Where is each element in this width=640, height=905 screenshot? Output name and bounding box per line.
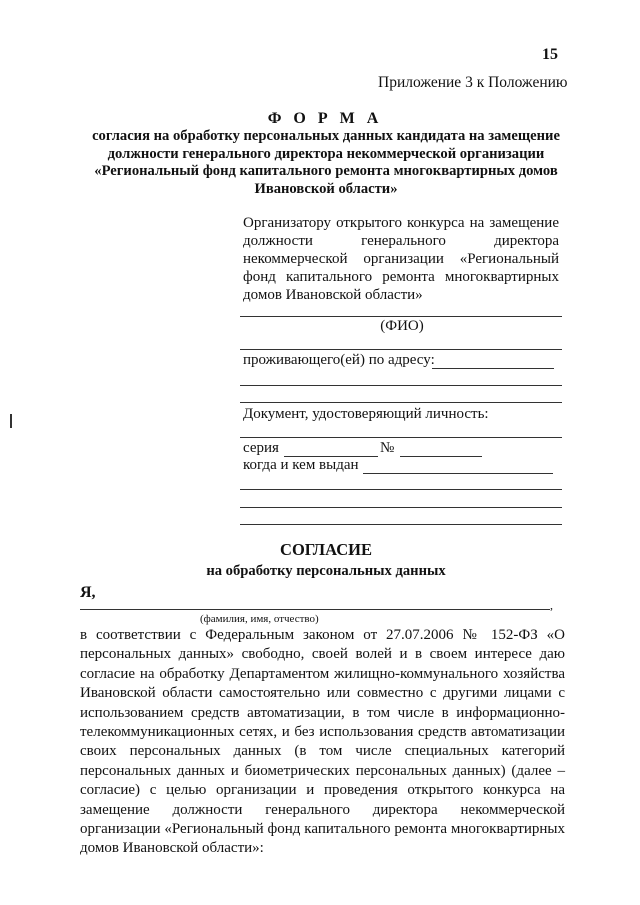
document-input-line[interactable] (240, 437, 562, 438)
address-line-2[interactable] (240, 385, 562, 386)
number-label: № (380, 440, 394, 457)
resident-address-label: проживающего(ей) по адресу: (243, 352, 435, 369)
appendix-label: Приложение 3 к Положению (378, 74, 568, 92)
body-line: персональных данных и биометрических пер… (80, 762, 565, 781)
document-label: Документ, удостоверяющий личность: (243, 406, 489, 423)
form-subtitle: согласия на обработку персональных данны… (80, 128, 572, 198)
form-title: Ф О Р М А (0, 110, 640, 128)
body-line: использованием средств автоматизации, в … (80, 704, 565, 723)
issued-line-3[interactable] (240, 507, 562, 508)
addressee-line: домов Ивановской области» (243, 286, 559, 304)
issued-line-2[interactable] (240, 489, 562, 490)
body-line: домов Ивановской области»: (80, 839, 565, 858)
form-subtitle-line: Ивановской области» (80, 181, 572, 199)
consent-body: в соответствии с Федеральным законом от … (80, 626, 565, 859)
body-line: организации «Региональный фонд капитальн… (80, 820, 565, 839)
addressee-line: фонд капитального ремонта многоквартирны… (243, 268, 559, 286)
body-line: Ивановской области самостоятельно или со… (80, 684, 565, 703)
address-line-3[interactable] (240, 402, 562, 403)
body-line: персональных данных» свободно, своей вол… (80, 645, 565, 664)
number-input[interactable] (400, 456, 482, 457)
resident-address-input[interactable] (432, 368, 554, 369)
addressee-line: Организатору открытого конкурса на замещ… (243, 214, 559, 232)
body-line: телекоммуникационных сетях, и без исполь… (80, 723, 565, 742)
page-number: 15 (542, 46, 558, 64)
consent-subtitle: на обработку персональных данных (0, 563, 640, 580)
body-line: своих персональных данных (в том числе с… (80, 742, 565, 761)
body-line: замещение должности генерального директо… (80, 801, 565, 820)
issued-label: когда и кем выдан (243, 457, 359, 474)
consent-title: СОГЛАСИЕ (0, 540, 640, 560)
body-line: согласие) с целью организации и проведен… (80, 781, 565, 800)
fio-underline[interactable] (240, 349, 562, 350)
body-line: согласие на обработку Департаментом жили… (80, 665, 565, 684)
issued-line-4[interactable] (240, 524, 562, 525)
fio-caption: (ФИО) (242, 318, 562, 335)
form-subtitle-line: согласия на обработку персональных данны… (80, 128, 572, 146)
fio-input-line[interactable] (240, 316, 562, 317)
margin-mark (10, 414, 12, 428)
addressee-line: должности генерального директора (243, 232, 559, 250)
body-line: в соответствии с Федеральным законом от … (80, 626, 565, 645)
issued-input[interactable] (363, 473, 553, 474)
series-label: серия (243, 440, 279, 457)
addressee-line: некоммерческой организации «Региональный (243, 250, 559, 268)
addressee-block: Организатору открытого конкурса на замещ… (243, 214, 559, 304)
comma: , (550, 598, 553, 613)
full-name-input-line[interactable] (80, 609, 550, 610)
ya-label: Я, (80, 584, 96, 602)
form-subtitle-line: должности генерального директора некомме… (80, 146, 572, 164)
form-subtitle-line: «Региональный фонд капитального ремонта … (80, 163, 572, 181)
full-name-caption: (фамилия, имя, отчество) (200, 613, 319, 625)
